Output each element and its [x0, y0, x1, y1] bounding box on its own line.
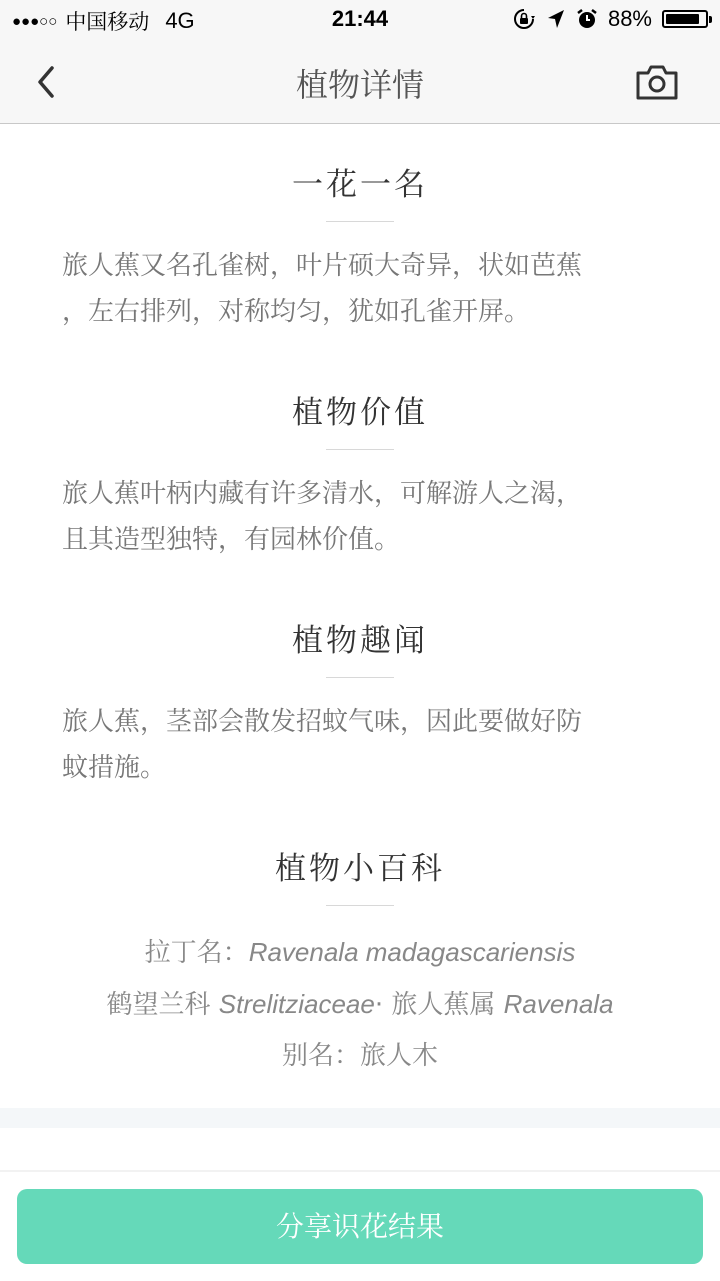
body-line: 旅人蕉又名孔雀树，叶片硕大奇异，状如芭蕉	[62, 243, 662, 289]
location-arrow-icon	[546, 8, 566, 30]
section-spacer	[0, 1108, 720, 1128]
latin-name-label: 拉丁名：	[145, 938, 249, 968]
alias-value: 旅人木	[360, 1041, 438, 1071]
status-bar: ●●●○○ 中国移动 4G 21:44 88%	[0, 0, 720, 40]
section-title: 植物趣闻	[0, 615, 720, 660]
section-body: 旅人蕉，茎部会散发招蚊气味，因此要做好防 蚊措施。	[62, 699, 662, 791]
alarm-icon	[576, 8, 598, 30]
section-divider	[326, 221, 394, 222]
camera-button[interactable]	[634, 62, 680, 102]
genus-latin: Ravenala	[504, 989, 614, 1019]
section-title: 一花一名	[0, 159, 720, 204]
section-body: 旅人蕉又名孔雀树，叶片硕大奇异，状如芭蕉 ，左右排列，对称均匀，犹如孔雀开屏。	[62, 243, 662, 335]
section-divider	[326, 449, 394, 450]
family-latin: Strelitziaceae	[219, 989, 375, 1019]
body-line: 蚊措施。	[62, 745, 662, 791]
body-line: 旅人蕉，茎部会散发招蚊气味，因此要做好防	[62, 699, 662, 745]
section-divider	[326, 677, 394, 678]
body-line: 旅人蕉叶柄内藏有许多清水，可解游人之渴，	[62, 471, 662, 517]
battery-fill	[666, 14, 699, 24]
taxonomy-line: 鹤望兰科 Strelitziaceae· 旅人蕉属 Ravenala	[0, 984, 720, 1021]
nav-bar: 植物详情	[0, 40, 720, 124]
taxonomy-separator: ·	[375, 990, 383, 1020]
battery-percent: 88%	[608, 6, 652, 32]
share-result-button[interactable]: 分享识花结果	[17, 1189, 703, 1264]
section-body: 旅人蕉叶柄内藏有许多清水，可解游人之渴， 且其造型独特，有园林价值。	[62, 471, 662, 563]
battery-icon	[662, 10, 708, 28]
camera-icon	[634, 62, 680, 102]
body-line: ，左右排列，对称均匀，犹如孔雀开屏。	[62, 289, 662, 335]
body-line: 且其造型独特，有园林价值。	[62, 517, 662, 563]
alias-label: 别名：	[282, 1041, 360, 1071]
footer-divider	[0, 1170, 720, 1172]
section-title: 植物小百科	[0, 843, 720, 888]
latin-name: Ravenala madagascariensis	[249, 937, 576, 967]
status-right: 88%	[512, 6, 708, 32]
latin-name-line: 拉丁名：Ravenala madagascariensis	[0, 932, 720, 969]
alias-line: 别名：旅人木	[0, 1035, 720, 1072]
family-cn: 鹤望兰科	[106, 990, 210, 1020]
page-title: 植物详情	[0, 60, 720, 106]
section-title: 植物价值	[0, 387, 720, 432]
section-divider	[326, 905, 394, 906]
genus-cn: 旅人蕉属	[391, 990, 495, 1020]
rotation-lock-icon	[512, 7, 536, 31]
